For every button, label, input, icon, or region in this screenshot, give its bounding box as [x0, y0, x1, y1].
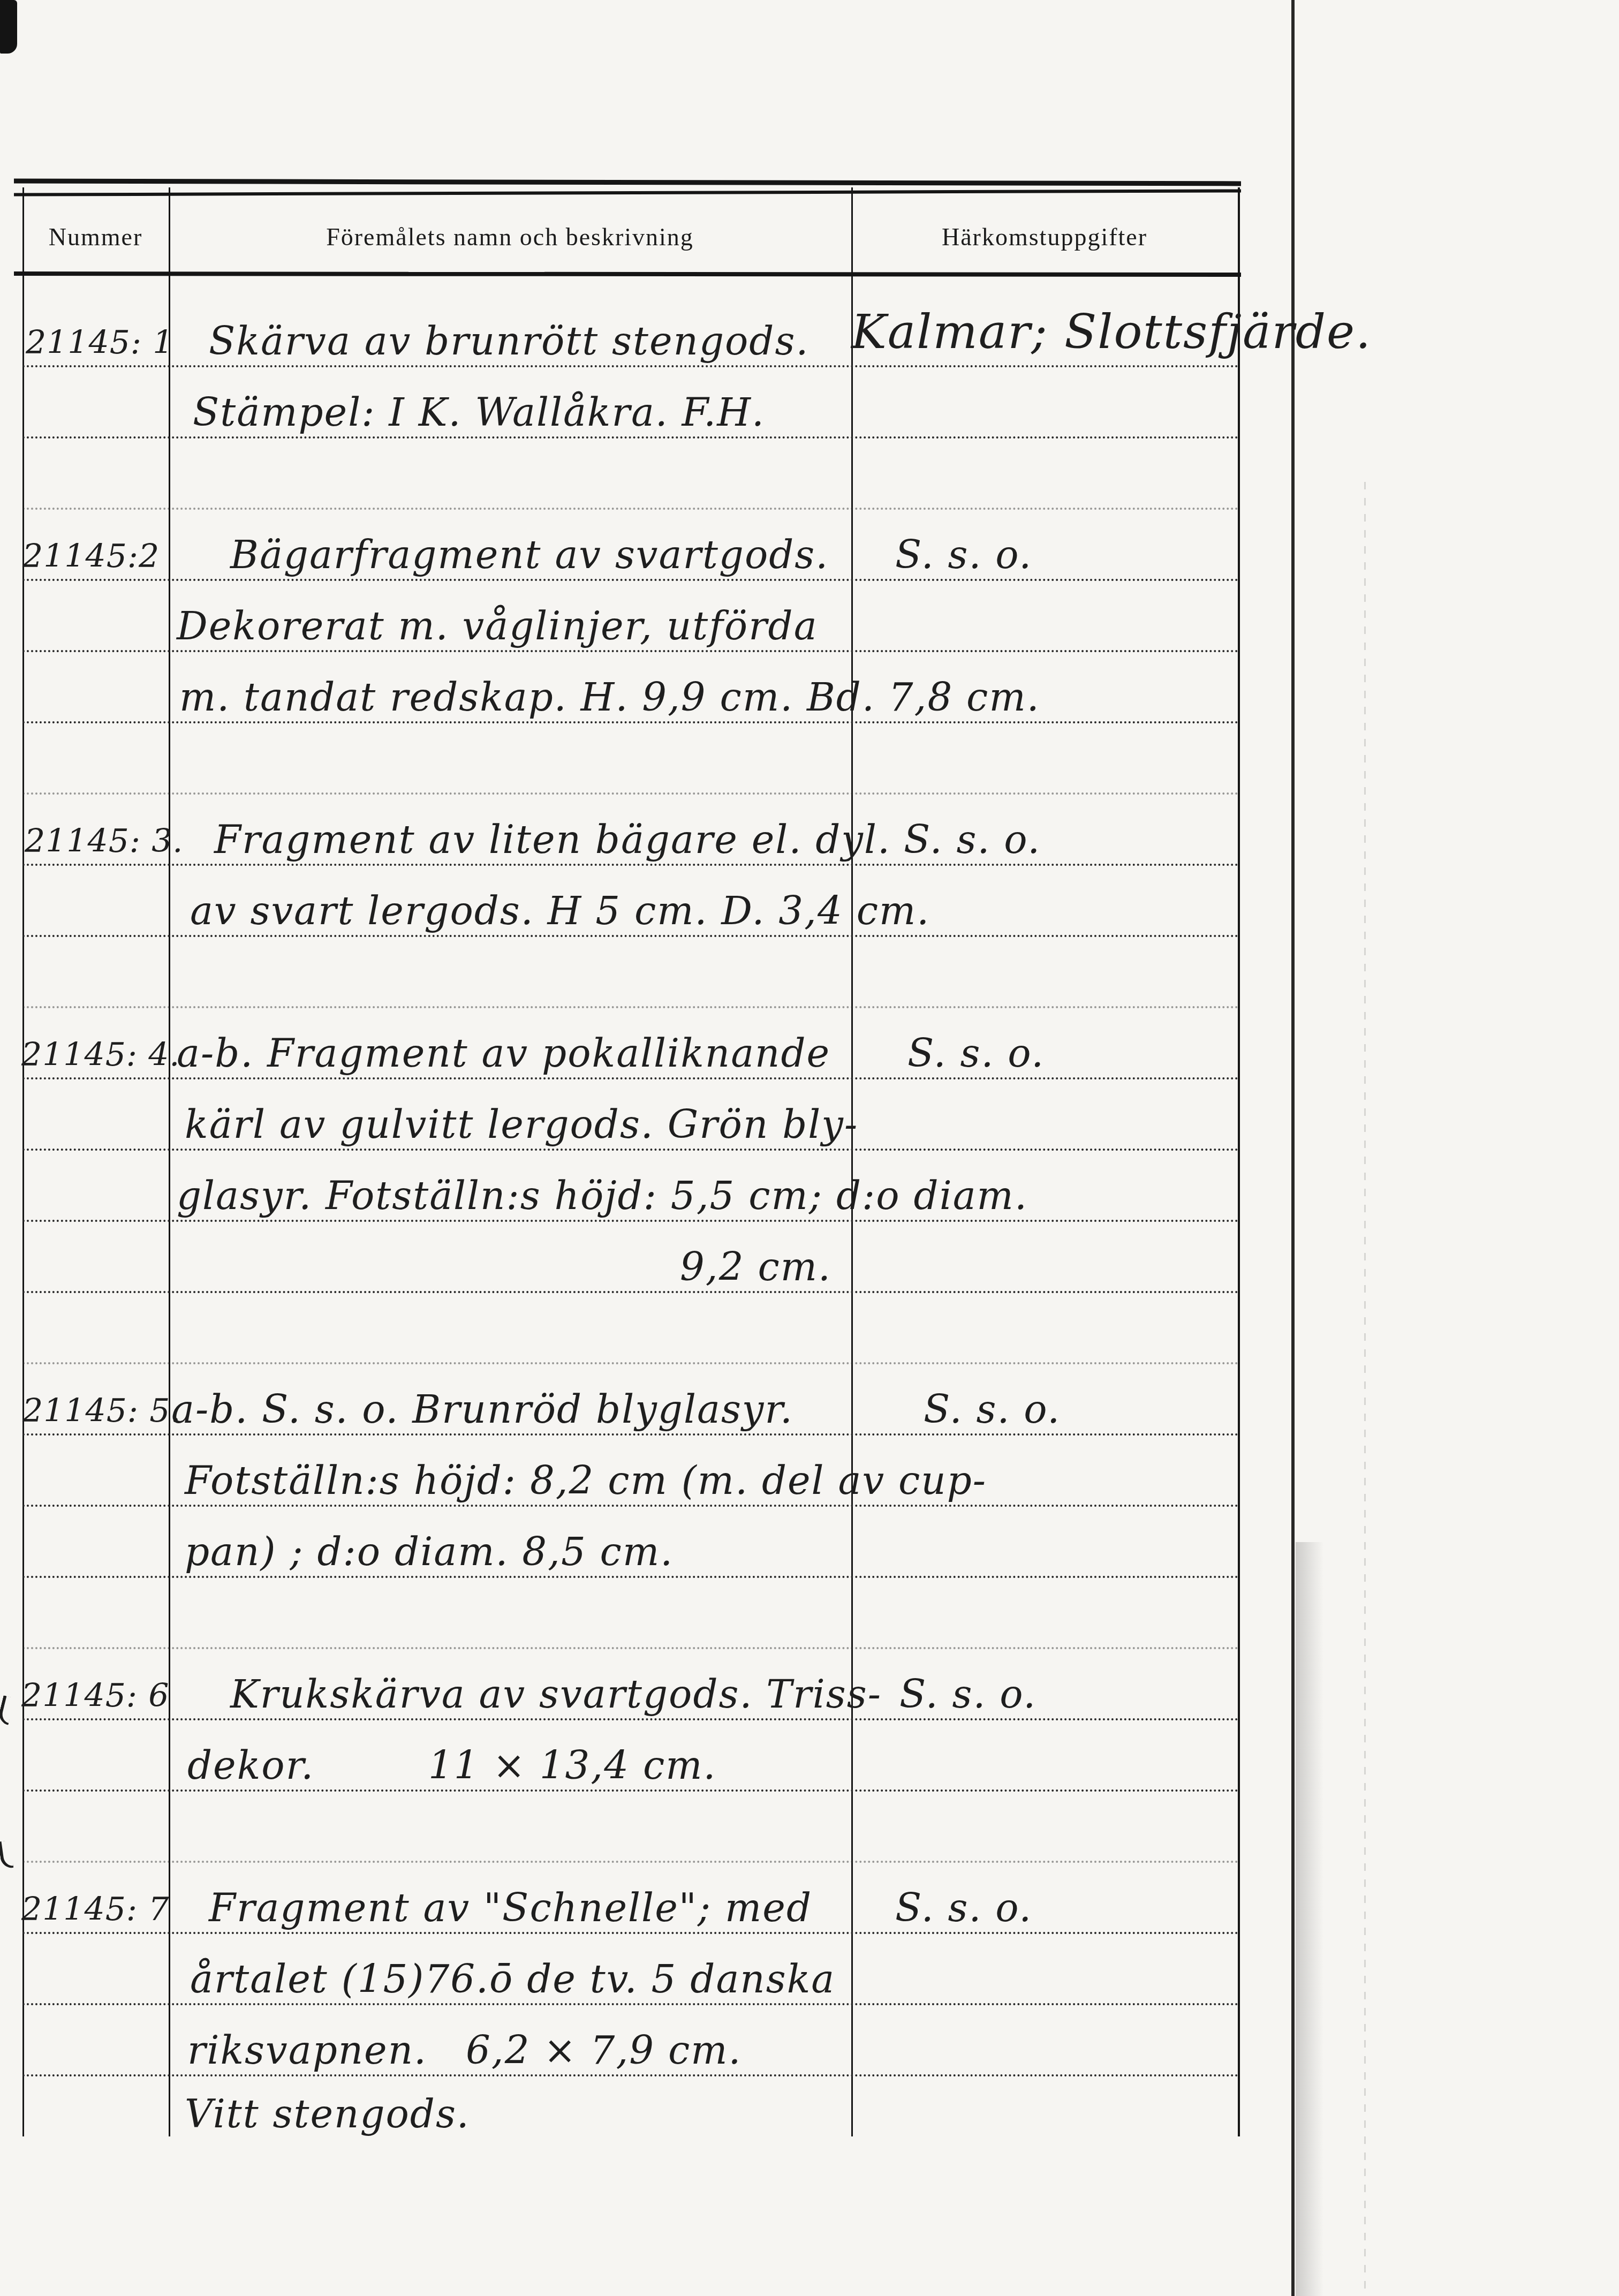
entry-description-line: Fragment av liten bägare el. dyl.	[214, 813, 891, 866]
dotted-rule	[22, 792, 1239, 795]
scanned-catalog-page: Nummer Föremålets namn och beskrivning H…	[0, 0, 1619, 2296]
entry-origin: S. s. o.	[907, 1026, 1045, 1080]
scan-faint-fold-line	[1364, 482, 1366, 2296]
scan-edge-shadow	[1296, 1542, 1323, 2296]
table-vertical-line-left	[22, 187, 24, 2136]
entry-number: 21145: 7	[21, 1886, 169, 1932]
entry-description-line: dekor.	[187, 1739, 314, 1792]
table-header-bottom-border	[14, 271, 1241, 277]
entry-description-line: Krukskärva av svartgods. Triss-	[230, 1667, 882, 1721]
entry-number: 21145: 5.	[22, 1388, 181, 1434]
entry-origin: S. s. o.	[895, 1881, 1032, 1935]
entry-description-line: Bägarfragment av svartgods.	[230, 528, 829, 581]
dotted-rule	[22, 1362, 1239, 1364]
entry-description-measurement: 6,2 × 7,9 cm.	[466, 2023, 742, 2077]
entry-number: 21145: 3.	[25, 818, 183, 864]
scan-corner-blob	[0, 0, 17, 54]
entry-number: 21145:2	[22, 533, 160, 579]
entry-description-line: Fragment av "Schnelle"; med	[209, 1881, 812, 1935]
entry-number: 21145: 6	[21, 1673, 169, 1719]
entry-description-line: m. tandat redskap. H. 9,9 cm. Bd. 7,8 cm…	[179, 670, 1040, 724]
entry-description-measurement: 11 × 13,4 cm.	[428, 1739, 716, 1792]
entry-origin: S. s. o.	[895, 528, 1032, 581]
entry-description-line: Vitt stengods.	[185, 2087, 470, 2141]
margin-pen-mark	[0, 1695, 15, 1725]
entry-description-line: Dekorerat m. våglinjer, utförda	[177, 599, 818, 653]
table-vertical-line-nummer-divider	[169, 187, 170, 2136]
entry-description-line: Skärva av brunrött stengods.	[209, 314, 809, 368]
entry-description-line: pan) ; d:o diam. 8,5 cm.	[185, 1525, 674, 1578]
entry-description-line: 9,2 cm.	[680, 1240, 831, 1294]
entry-origin: S. s. o.	[899, 1667, 1037, 1721]
entry-description-line: a-b. S. s. o. Brunröd blyglasyr.	[171, 1383, 793, 1436]
entry-description-line: Fotställn:s höjd: 8,2 cm (m. del av cup-	[185, 1454, 987, 1507]
dotted-rule	[22, 1647, 1239, 1649]
entry-description-line: glasyr. Fotställn:s höjd: 5,5 cm; d:o di…	[177, 1169, 1028, 1222]
table-vertical-line-right	[1238, 187, 1240, 2136]
margin-pen-mark	[0, 1840, 14, 1870]
entry-number: 21145: 4.	[21, 1032, 180, 1078]
dotted-rule	[22, 1861, 1239, 1863]
column-header-harkomst: Härkomstuppgifter	[851, 218, 1238, 256]
entry-description-line: av svart lergods. H 5 cm. D. 3,4 cm.	[190, 884, 930, 938]
dotted-rule	[22, 508, 1239, 510]
table-top-border	[14, 179, 1241, 186]
table-vertical-line-harkomst-divider	[851, 187, 853, 2136]
table-top-border-inner	[14, 189, 1241, 196]
dotted-rule	[22, 1006, 1239, 1008]
entry-origin: S. s. o.	[904, 813, 1041, 866]
entry-origin: Kalmar; Slottsfjärde.	[851, 300, 1372, 364]
entry-origin: S. s. o.	[924, 1383, 1061, 1436]
entry-description-line: Stämpel: I K. Wallåkra. F.H.	[193, 386, 765, 439]
entry-description-line: a-b. Fragment av pokalliknande	[177, 1026, 830, 1080]
column-header-beskrivning: Föremålets namn och beskrivning	[169, 218, 851, 256]
column-header-nummer: Nummer	[22, 218, 169, 256]
entry-number: 21145: 1	[26, 320, 173, 366]
entry-description-line: årtalet (15)76.ō de tv. 5 danska	[190, 1952, 835, 2006]
dotted-rule	[22, 1291, 1239, 1293]
entry-description-line: kärl av gulvitt lergods. Grön bly-	[185, 1098, 858, 1151]
entry-description-line: riksvapnen.	[187, 2023, 427, 2077]
